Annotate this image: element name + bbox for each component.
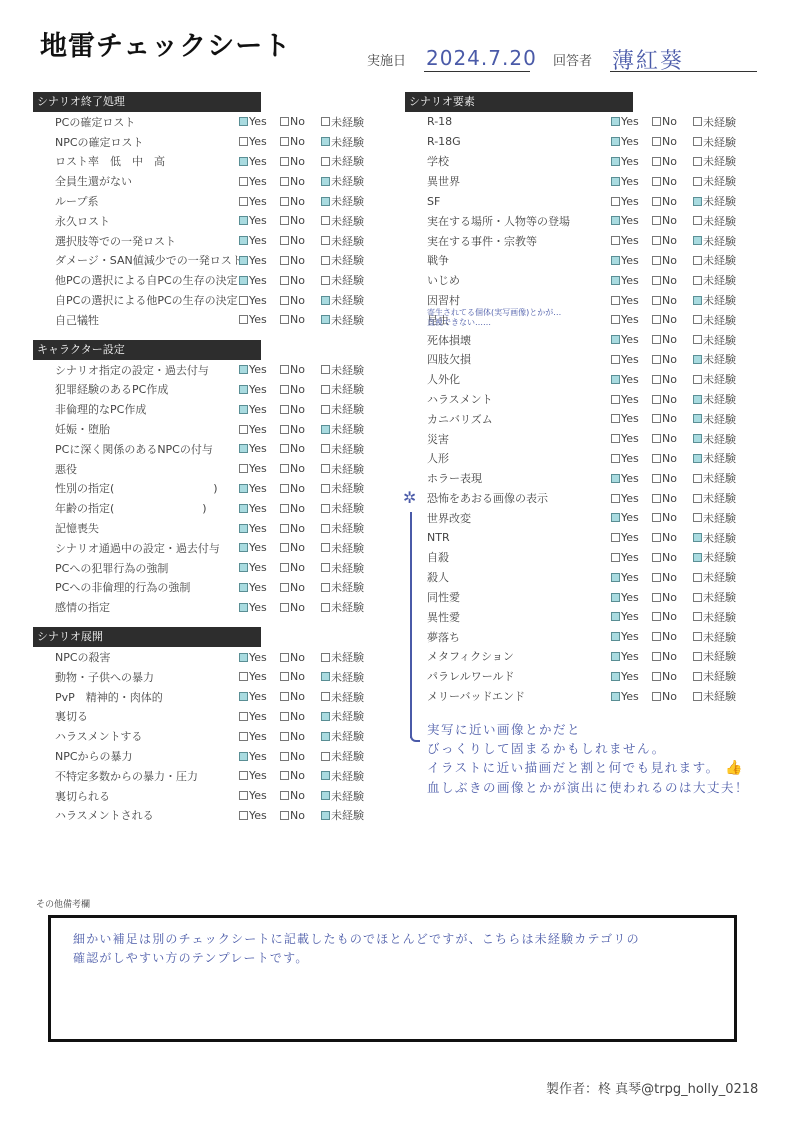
date-value[interactable]: 2024.7.20: [426, 46, 537, 70]
checkbox-none[interactable]: [321, 256, 330, 265]
checkbox-no[interactable]: [280, 583, 289, 592]
option-no[interactable]: No: [652, 353, 693, 366]
option-none[interactable]: 未経験: [321, 153, 371, 169]
option-no[interactable]: No: [652, 412, 693, 425]
checkbox-yes[interactable]: [239, 563, 248, 572]
checkbox-no[interactable]: [280, 216, 289, 225]
checkbox-none[interactable]: [693, 434, 702, 443]
checkbox-no[interactable]: [652, 652, 661, 661]
checkbox-yes[interactable]: [611, 157, 620, 166]
option-yes[interactable]: Yes: [239, 690, 280, 703]
checkbox-no[interactable]: [280, 296, 289, 305]
option-yes[interactable]: Yes: [239, 710, 280, 723]
checkbox-yes[interactable]: [239, 177, 248, 186]
checkbox-no[interactable]: [280, 405, 289, 414]
option-none[interactable]: 未経験: [321, 748, 371, 764]
checkbox-no[interactable]: [280, 385, 289, 394]
option-none[interactable]: 未経験: [693, 609, 743, 625]
checkbox-yes[interactable]: [611, 177, 620, 186]
option-none[interactable]: 未経験: [693, 153, 743, 169]
option-yes[interactable]: Yes: [611, 353, 652, 366]
option-none[interactable]: 未経験: [321, 252, 371, 268]
option-no[interactable]: No: [652, 591, 693, 604]
checkbox-yes[interactable]: [239, 504, 248, 513]
checkbox-none[interactable]: [693, 216, 702, 225]
option-no[interactable]: No: [280, 175, 321, 188]
checkbox-none[interactable]: [321, 791, 330, 800]
checkbox-no[interactable]: [652, 276, 661, 285]
checkbox-none[interactable]: [321, 484, 330, 493]
option-yes[interactable]: Yes: [239, 214, 280, 227]
option-no[interactable]: No: [280, 155, 321, 168]
option-yes[interactable]: Yes: [239, 502, 280, 515]
option-none[interactable]: 未経験: [321, 233, 371, 249]
option-none[interactable]: 未経験: [693, 213, 743, 229]
checkbox-yes[interactable]: [611, 137, 620, 146]
checkbox-none[interactable]: [321, 365, 330, 374]
checkbox-none[interactable]: [321, 177, 330, 186]
checkbox-no[interactable]: [280, 157, 289, 166]
option-yes[interactable]: Yes: [239, 155, 280, 168]
checkbox-none[interactable]: [693, 197, 702, 206]
checkbox-yes[interactable]: [611, 494, 620, 503]
option-no[interactable]: No: [652, 472, 693, 485]
option-yes[interactable]: Yes: [239, 175, 280, 188]
option-yes[interactable]: Yes: [611, 690, 652, 703]
option-none[interactable]: 未経験: [693, 490, 743, 506]
option-none[interactable]: 未経験: [693, 629, 743, 645]
option-yes[interactable]: Yes: [239, 442, 280, 455]
option-yes[interactable]: Yes: [611, 234, 652, 247]
option-no[interactable]: No: [652, 690, 693, 703]
checkbox-yes[interactable]: [611, 395, 620, 404]
option-no[interactable]: No: [280, 809, 321, 822]
checkbox-yes[interactable]: [239, 197, 248, 206]
checkbox-yes[interactable]: [611, 672, 620, 681]
option-none[interactable]: 未経験: [321, 292, 371, 308]
option-no[interactable]: No: [280, 730, 321, 743]
checkbox-no[interactable]: [280, 256, 289, 265]
checkbox-none[interactable]: [321, 216, 330, 225]
checkbox-no[interactable]: [280, 117, 289, 126]
checkbox-yes[interactable]: [611, 414, 620, 423]
remarks-box[interactable]: 細かい補足は別のチェックシートに記載したものでほとんどですが、こちらは未経験カテ…: [48, 915, 737, 1042]
option-none[interactable]: 未経験: [321, 728, 371, 744]
checkbox-yes[interactable]: [239, 484, 248, 493]
checkbox-none[interactable]: [321, 276, 330, 285]
option-no[interactable]: No: [280, 234, 321, 247]
checkbox-yes[interactable]: [239, 692, 248, 701]
option-yes[interactable]: Yes: [611, 313, 652, 326]
option-none[interactable]: 未経験: [693, 312, 743, 328]
checkbox-yes[interactable]: [239, 732, 248, 741]
checkbox-no[interactable]: [652, 375, 661, 384]
option-no[interactable]: No: [652, 511, 693, 524]
checkbox-no[interactable]: [280, 603, 289, 612]
option-none[interactable]: 未経験: [693, 233, 743, 249]
option-yes[interactable]: Yes: [239, 482, 280, 495]
checkbox-none[interactable]: [321, 157, 330, 166]
option-no[interactable]: No: [652, 274, 693, 287]
option-yes[interactable]: Yes: [611, 412, 652, 425]
option-yes[interactable]: Yes: [239, 383, 280, 396]
option-none[interactable]: 未経験: [693, 530, 743, 546]
option-no[interactable]: No: [652, 254, 693, 267]
checkbox-no[interactable]: [280, 653, 289, 662]
checkbox-no[interactable]: [652, 533, 661, 542]
option-yes[interactable]: Yes: [239, 313, 280, 326]
option-none[interactable]: 未経験: [693, 371, 743, 387]
checkbox-no[interactable]: [652, 117, 661, 126]
checkbox-none[interactable]: [693, 315, 702, 324]
option-no[interactable]: No: [652, 214, 693, 227]
option-no[interactable]: No: [652, 551, 693, 564]
option-none[interactable]: 未経験: [693, 510, 743, 526]
option-none[interactable]: 未経験: [693, 351, 743, 367]
checkbox-none[interactable]: [321, 296, 330, 305]
option-yes[interactable]: Yes: [611, 452, 652, 465]
checkbox-no[interactable]: [280, 811, 289, 820]
checkbox-none[interactable]: [321, 692, 330, 701]
checkbox-no[interactable]: [652, 553, 661, 562]
option-none[interactable]: 未経験: [693, 252, 743, 268]
checkbox-no[interactable]: [652, 177, 661, 186]
checkbox-yes[interactable]: [239, 137, 248, 146]
checkbox-no[interactable]: [280, 365, 289, 374]
checkbox-yes[interactable]: [239, 771, 248, 780]
option-yes[interactable]: Yes: [611, 274, 652, 287]
checkbox-yes[interactable]: [611, 533, 620, 542]
checkbox-yes[interactable]: [239, 256, 248, 265]
option-no[interactable]: No: [280, 254, 321, 267]
checkbox-no[interactable]: [652, 216, 661, 225]
option-yes[interactable]: Yes: [239, 195, 280, 208]
option-yes[interactable]: Yes: [611, 135, 652, 148]
option-yes[interactable]: Yes: [239, 750, 280, 763]
checkbox-none[interactable]: [321, 197, 330, 206]
checkbox-yes[interactable]: [239, 791, 248, 800]
option-yes[interactable]: Yes: [239, 294, 280, 307]
option-yes[interactable]: Yes: [611, 195, 652, 208]
checkbox-yes[interactable]: [239, 157, 248, 166]
checkbox-yes[interactable]: [611, 256, 620, 265]
checkbox-none[interactable]: [693, 533, 702, 542]
checkbox-none[interactable]: [321, 444, 330, 453]
checkbox-no[interactable]: [652, 197, 661, 206]
checkbox-none[interactable]: [693, 573, 702, 582]
checkbox-yes[interactable]: [239, 385, 248, 394]
checkbox-no[interactable]: [652, 236, 661, 245]
option-yes[interactable]: Yes: [239, 462, 280, 475]
checkbox-no[interactable]: [652, 137, 661, 146]
option-none[interactable]: 未経験: [321, 381, 371, 397]
checkbox-yes[interactable]: [611, 553, 620, 562]
checkbox-yes[interactable]: [239, 296, 248, 305]
option-none[interactable]: 未経験: [321, 649, 371, 665]
checkbox-no[interactable]: [280, 791, 289, 800]
checkbox-yes[interactable]: [611, 593, 620, 602]
option-yes[interactable]: Yes: [239, 789, 280, 802]
checkbox-yes[interactable]: [611, 335, 620, 344]
option-none[interactable]: 未経験: [321, 480, 371, 496]
option-no[interactable]: No: [652, 373, 693, 386]
option-none[interactable]: 未経験: [321, 461, 371, 477]
checkbox-yes[interactable]: [611, 197, 620, 206]
option-no[interactable]: No: [280, 581, 321, 594]
option-none[interactable]: 未経験: [693, 114, 743, 130]
checkbox-no[interactable]: [280, 444, 289, 453]
checkbox-yes[interactable]: [239, 543, 248, 552]
option-none[interactable]: 未経験: [321, 213, 371, 229]
checkbox-no[interactable]: [652, 593, 661, 602]
option-no[interactable]: No: [652, 492, 693, 505]
checkbox-no[interactable]: [652, 692, 661, 701]
checkbox-yes[interactable]: [239, 444, 248, 453]
checkbox-none[interactable]: [693, 553, 702, 562]
option-none[interactable]: 未経験: [321, 193, 371, 209]
checkbox-no[interactable]: [280, 732, 289, 741]
option-yes[interactable]: Yes: [239, 363, 280, 376]
checkbox-no[interactable]: [652, 454, 661, 463]
checkbox-no[interactable]: [280, 464, 289, 473]
checkbox-no[interactable]: [280, 504, 289, 513]
checkbox-none[interactable]: [693, 296, 702, 305]
checkbox-yes[interactable]: [611, 117, 620, 126]
option-no[interactable]: No: [280, 502, 321, 515]
option-none[interactable]: 未経験: [693, 332, 743, 348]
option-no[interactable]: No: [652, 610, 693, 623]
checkbox-none[interactable]: [693, 672, 702, 681]
option-yes[interactable]: Yes: [611, 571, 652, 584]
option-none[interactable]: 未経験: [693, 431, 743, 447]
checkbox-yes[interactable]: [239, 603, 248, 612]
checkbox-none[interactable]: [693, 335, 702, 344]
option-no[interactable]: No: [280, 195, 321, 208]
option-no[interactable]: No: [652, 333, 693, 346]
checkbox-yes[interactable]: [611, 692, 620, 701]
option-none[interactable]: 未経験: [321, 272, 371, 288]
checkbox-none[interactable]: [693, 395, 702, 404]
checkbox-no[interactable]: [652, 395, 661, 404]
checkbox-none[interactable]: [321, 464, 330, 473]
checkbox-yes[interactable]: [611, 315, 620, 324]
checkbox-no[interactable]: [280, 276, 289, 285]
checkbox-yes[interactable]: [239, 236, 248, 245]
checkbox-yes[interactable]: [239, 117, 248, 126]
checkbox-yes[interactable]: [611, 612, 620, 621]
checkbox-yes[interactable]: [239, 712, 248, 721]
option-no[interactable]: No: [652, 313, 693, 326]
checkbox-no[interactable]: [652, 355, 661, 364]
option-yes[interactable]: Yes: [239, 274, 280, 287]
checkbox-no[interactable]: [652, 612, 661, 621]
option-no[interactable]: No: [652, 135, 693, 148]
checkbox-yes[interactable]: [611, 434, 620, 443]
checkbox-yes[interactable]: [239, 464, 248, 473]
checkbox-no[interactable]: [652, 474, 661, 483]
option-no[interactable]: No: [280, 274, 321, 287]
option-no[interactable]: No: [652, 294, 693, 307]
option-no[interactable]: No: [280, 442, 321, 455]
option-yes[interactable]: Yes: [611, 333, 652, 346]
checkbox-none[interactable]: [321, 603, 330, 612]
option-no[interactable]: No: [280, 789, 321, 802]
option-none[interactable]: 未経験: [693, 450, 743, 466]
checkbox-none[interactable]: [321, 583, 330, 592]
option-none[interactable]: 未経験: [321, 599, 371, 615]
option-no[interactable]: No: [652, 155, 693, 168]
option-no[interactable]: No: [280, 690, 321, 703]
checkbox-none[interactable]: [321, 672, 330, 681]
option-none[interactable]: 未経験: [321, 441, 371, 457]
checkbox-none[interactable]: [321, 752, 330, 761]
option-no[interactable]: No: [280, 670, 321, 683]
option-none[interactable]: 未経験: [321, 579, 371, 595]
option-yes[interactable]: Yes: [611, 610, 652, 623]
checkbox-none[interactable]: [693, 632, 702, 641]
option-yes[interactable]: Yes: [611, 214, 652, 227]
option-none[interactable]: 未経験: [321, 807, 371, 823]
checkbox-no[interactable]: [280, 197, 289, 206]
checkbox-no[interactable]: [280, 137, 289, 146]
option-yes[interactable]: Yes: [239, 651, 280, 664]
checkbox-yes[interactable]: [611, 296, 620, 305]
option-yes[interactable]: Yes: [239, 403, 280, 416]
checkbox-no[interactable]: [280, 563, 289, 572]
option-none[interactable]: 未経験: [693, 173, 743, 189]
checkbox-none[interactable]: [693, 177, 702, 186]
checkbox-no[interactable]: [652, 494, 661, 503]
checkbox-yes[interactable]: [239, 524, 248, 533]
option-no[interactable]: No: [652, 393, 693, 406]
option-none[interactable]: 未経験: [321, 173, 371, 189]
option-no[interactable]: No: [652, 571, 693, 584]
checkbox-no[interactable]: [280, 543, 289, 552]
checkbox-no[interactable]: [652, 672, 661, 681]
option-yes[interactable]: Yes: [239, 115, 280, 128]
checkbox-yes[interactable]: [239, 365, 248, 374]
checkbox-none[interactable]: [321, 504, 330, 513]
checkbox-no[interactable]: [652, 434, 661, 443]
checkbox-none[interactable]: [693, 117, 702, 126]
option-yes[interactable]: Yes: [239, 581, 280, 594]
option-no[interactable]: No: [652, 531, 693, 544]
option-none[interactable]: 未経験: [321, 689, 371, 705]
checkbox-yes[interactable]: [611, 236, 620, 245]
option-none[interactable]: 未経験: [321, 421, 371, 437]
option-no[interactable]: No: [280, 522, 321, 535]
option-yes[interactable]: Yes: [239, 541, 280, 554]
checkbox-none[interactable]: [693, 355, 702, 364]
checkbox-no[interactable]: [652, 414, 661, 423]
checkbox-none[interactable]: [693, 157, 702, 166]
checkbox-yes[interactable]: [611, 216, 620, 225]
option-none[interactable]: 未経験: [693, 272, 743, 288]
option-no[interactable]: No: [280, 423, 321, 436]
option-yes[interactable]: Yes: [611, 551, 652, 564]
checkbox-none[interactable]: [321, 137, 330, 146]
checkbox-none[interactable]: [321, 117, 330, 126]
checkbox-none[interactable]: [321, 771, 330, 780]
checkbox-no[interactable]: [280, 425, 289, 434]
option-yes[interactable]: Yes: [239, 769, 280, 782]
checkbox-none[interactable]: [693, 256, 702, 265]
checkbox-yes[interactable]: [239, 752, 248, 761]
option-none[interactable]: 未経験: [321, 540, 371, 556]
option-no[interactable]: No: [280, 769, 321, 782]
checkbox-no[interactable]: [280, 236, 289, 245]
checkbox-no[interactable]: [652, 335, 661, 344]
option-yes[interactable]: Yes: [611, 294, 652, 307]
option-yes[interactable]: Yes: [239, 730, 280, 743]
checkbox-no[interactable]: [652, 315, 661, 324]
checkbox-none[interactable]: [321, 385, 330, 394]
checkbox-none[interactable]: [693, 652, 702, 661]
option-yes[interactable]: Yes: [611, 175, 652, 188]
option-none[interactable]: 未経験: [321, 520, 371, 536]
checkbox-no[interactable]: [652, 256, 661, 265]
option-yes[interactable]: Yes: [611, 432, 652, 445]
option-none[interactable]: 未経験: [693, 549, 743, 565]
option-none[interactable]: 未経験: [321, 401, 371, 417]
option-no[interactable]: No: [652, 452, 693, 465]
checkbox-no[interactable]: [280, 524, 289, 533]
checkbox-none[interactable]: [321, 563, 330, 572]
checkbox-none[interactable]: [693, 494, 702, 503]
checkbox-none[interactable]: [321, 811, 330, 820]
option-yes[interactable]: Yes: [239, 670, 280, 683]
checkbox-no[interactable]: [652, 513, 661, 522]
option-no[interactable]: No: [652, 670, 693, 683]
option-none[interactable]: 未経験: [693, 470, 743, 486]
checkbox-no[interactable]: [280, 712, 289, 721]
checkbox-yes[interactable]: [239, 653, 248, 662]
checkbox-no[interactable]: [280, 692, 289, 701]
option-no[interactable]: No: [280, 135, 321, 148]
checkbox-yes[interactable]: [611, 573, 620, 582]
option-none[interactable]: 未経験: [321, 500, 371, 516]
option-none[interactable]: 未経験: [321, 768, 371, 784]
option-no[interactable]: No: [280, 750, 321, 763]
option-no[interactable]: No: [280, 115, 321, 128]
option-no[interactable]: No: [280, 214, 321, 227]
option-yes[interactable]: Yes: [611, 591, 652, 604]
checkbox-none[interactable]: [693, 375, 702, 384]
option-yes[interactable]: Yes: [611, 254, 652, 267]
option-yes[interactable]: Yes: [611, 373, 652, 386]
option-yes[interactable]: Yes: [611, 511, 652, 524]
checkbox-none[interactable]: [693, 612, 702, 621]
option-none[interactable]: 未経験: [693, 668, 743, 684]
option-none[interactable]: 未経験: [693, 391, 743, 407]
option-no[interactable]: No: [280, 482, 321, 495]
option-yes[interactable]: Yes: [239, 601, 280, 614]
option-none[interactable]: 未経験: [693, 688, 743, 704]
option-none[interactable]: 未経験: [693, 589, 743, 605]
checkbox-no[interactable]: [280, 672, 289, 681]
option-no[interactable]: No: [280, 561, 321, 574]
checkbox-none[interactable]: [321, 315, 330, 324]
option-yes[interactable]: Yes: [611, 650, 652, 663]
option-yes[interactable]: Yes: [611, 393, 652, 406]
checkbox-none[interactable]: [693, 474, 702, 483]
option-none[interactable]: 未経験: [321, 362, 371, 378]
option-no[interactable]: No: [652, 650, 693, 663]
option-none[interactable]: 未経験: [321, 708, 371, 724]
option-yes[interactable]: Yes: [239, 254, 280, 267]
checkbox-yes[interactable]: [239, 276, 248, 285]
checkbox-none[interactable]: [693, 692, 702, 701]
